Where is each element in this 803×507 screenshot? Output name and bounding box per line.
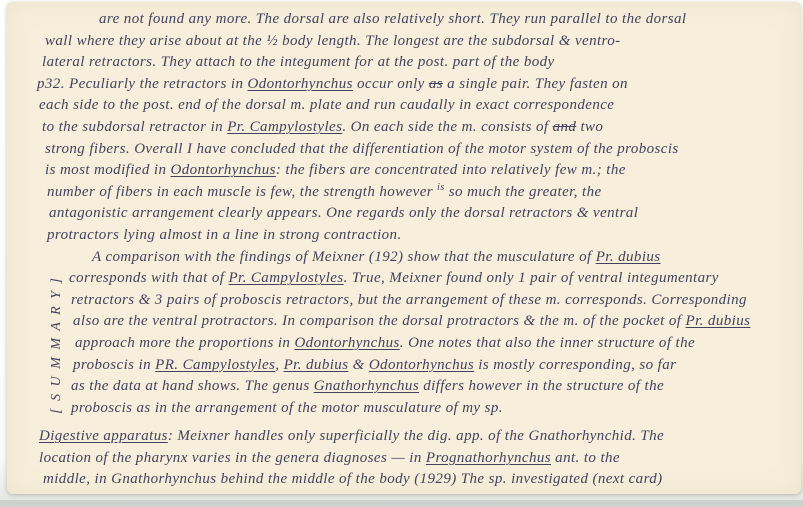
manuscript-line: p32. Peculiarly the retractors in Odonto… (37, 74, 795, 96)
scanner-edge-strip (0, 500, 803, 507)
manuscript-line: location of the pharynx varies in the ge… (37, 448, 795, 470)
text-segment: Pr. Campylostyles (228, 270, 343, 286)
text-segment: Odontorhynchus (248, 76, 353, 92)
text-segment: Gnathorhynchus (314, 378, 419, 394)
text-segment: protractors lying almost in a line in st… (47, 227, 402, 243)
text-segment: is most modified in (45, 162, 171, 178)
text-segment: to the subdorsal retractor in (42, 119, 227, 135)
text-segment: p32. Peculiarly the retractors in (37, 76, 248, 92)
text-segment: occur only (353, 76, 429, 92)
manuscript-line: is most modified in Odontorhynchus: the … (37, 160, 795, 182)
text-segment: a single pair. They fasten on (443, 76, 628, 92)
text-segment: differs however in the structure of the (419, 378, 664, 394)
manuscript-lines: are not found any more. The dorsal are a… (37, 9, 795, 491)
text-segment: retractors & 3 pairs of proboscis retrac… (71, 292, 747, 308)
manuscript-line: proboscis in PR. Campylostyles, Pr. dubi… (37, 355, 795, 377)
text-segment: Pr. dubius (284, 357, 349, 373)
text-segment: two (576, 119, 603, 135)
manuscript-line: wall where they arise about at the ½ bod… (37, 31, 795, 53)
manuscript-line: each side to the post. end of the dorsal… (37, 95, 795, 117)
text-segment: Pr. dubius (686, 313, 751, 329)
text-segment: : the fibers are concentrated into relat… (276, 162, 626, 178)
text-segment: lateral retractors. They attach to the i… (42, 54, 555, 70)
manuscript-line: A comparison with the findings of Meixne… (37, 247, 795, 269)
manuscript-line: approach more the proportions in Odontor… (37, 333, 795, 355)
text-segment: so much the greater, the (445, 184, 602, 200)
manuscript-line: to the subdorsal retractor in Pr. Campyl… (37, 117, 795, 139)
text-segment: antagonistic arrangement clearly appears… (49, 205, 638, 221)
text-segment: Pr. Campylostyles (227, 119, 342, 135)
manuscript-line: Digestive apparatus: Meixner handles onl… (37, 426, 795, 448)
text-segment: and (553, 119, 577, 135)
text-segment: location of the pharynx varies in the ge… (39, 450, 426, 466)
text-segment: corresponds with that of (69, 270, 228, 286)
text-segment: also are the ventral protractors. In com… (73, 313, 686, 329)
text-segment: approach more the proportions in (75, 335, 294, 351)
manuscript-line: lateral retractors. They attach to the i… (37, 52, 795, 74)
manuscript-line: retractors & 3 pairs of proboscis retrac… (37, 290, 795, 312)
text-segment: A comparison with the findings of Meixne… (92, 249, 596, 265)
text-segment: : Meixner handles only superficially the… (168, 428, 664, 444)
text-segment: as (429, 76, 443, 92)
text-segment: Pr. dubius (596, 249, 661, 265)
text-segment: , (275, 357, 283, 373)
text-segment: Prognathorhynchus (426, 450, 551, 466)
text-segment: is mostly corresponding, so far (474, 357, 676, 373)
text-segment: number of fibers in each muscle is few, … (47, 184, 437, 200)
text-segment: Digestive apparatus (39, 428, 168, 444)
manuscript-line: corresponds with that of Pr. Campylostyl… (37, 268, 795, 290)
text-segment: PR. Campylostyles (155, 357, 275, 373)
text-segment: each side to the post. end of the dorsal… (39, 97, 614, 113)
text-segment: Odontorhynchus (171, 162, 276, 178)
manuscript-line: antagonistic arrangement clearly appears… (37, 203, 795, 225)
text-segment: strong fibers. Overall I have concluded … (45, 141, 679, 157)
text-segment: . One notes that also the inner structur… (400, 335, 695, 351)
text-segment: proboscis as in the arrangement of the m… (71, 400, 503, 416)
text-segment: proboscis in (73, 357, 155, 373)
text-segment: Odontorhynchus (294, 335, 399, 351)
text-segment: wall where they arise about at the ½ bod… (45, 33, 621, 49)
text-segment: ant. to the (551, 450, 620, 466)
note-card: [ S U M M A R Y ] are not found any more… (7, 2, 801, 494)
manuscript-line: strong fibers. Overall I have concluded … (37, 139, 795, 161)
manuscript-line: number of fibers in each muscle is few, … (37, 182, 795, 204)
text-segment: is (437, 182, 444, 193)
text-segment: Odontorhynchus (369, 357, 474, 373)
text-segment: . On each side the m. consists of (342, 119, 552, 135)
manuscript-line: protractors lying almost in a line in st… (37, 225, 795, 247)
text-segment: (next card) (593, 471, 663, 487)
text-segment: . True, Meixner found only 1 pair of ven… (344, 270, 719, 286)
text-segment: & (348, 357, 368, 373)
text-segment: middle, in Gnathorhynchus behind the mid… (43, 471, 593, 487)
manuscript-line: as the data at hand shows. The genus Gna… (37, 376, 795, 398)
text-segment: as the data at hand shows. The genus (71, 378, 314, 394)
manuscript-line: also are the ventral protractors. In com… (37, 311, 795, 333)
manuscript-line: middle, in Gnathorhynchus behind the mid… (37, 469, 795, 491)
text-segment: are not found any more. The dorsal are a… (99, 11, 686, 27)
manuscript-line: are not found any more. The dorsal are a… (37, 9, 795, 31)
manuscript-line: proboscis as in the arrangement of the m… (37, 398, 795, 420)
